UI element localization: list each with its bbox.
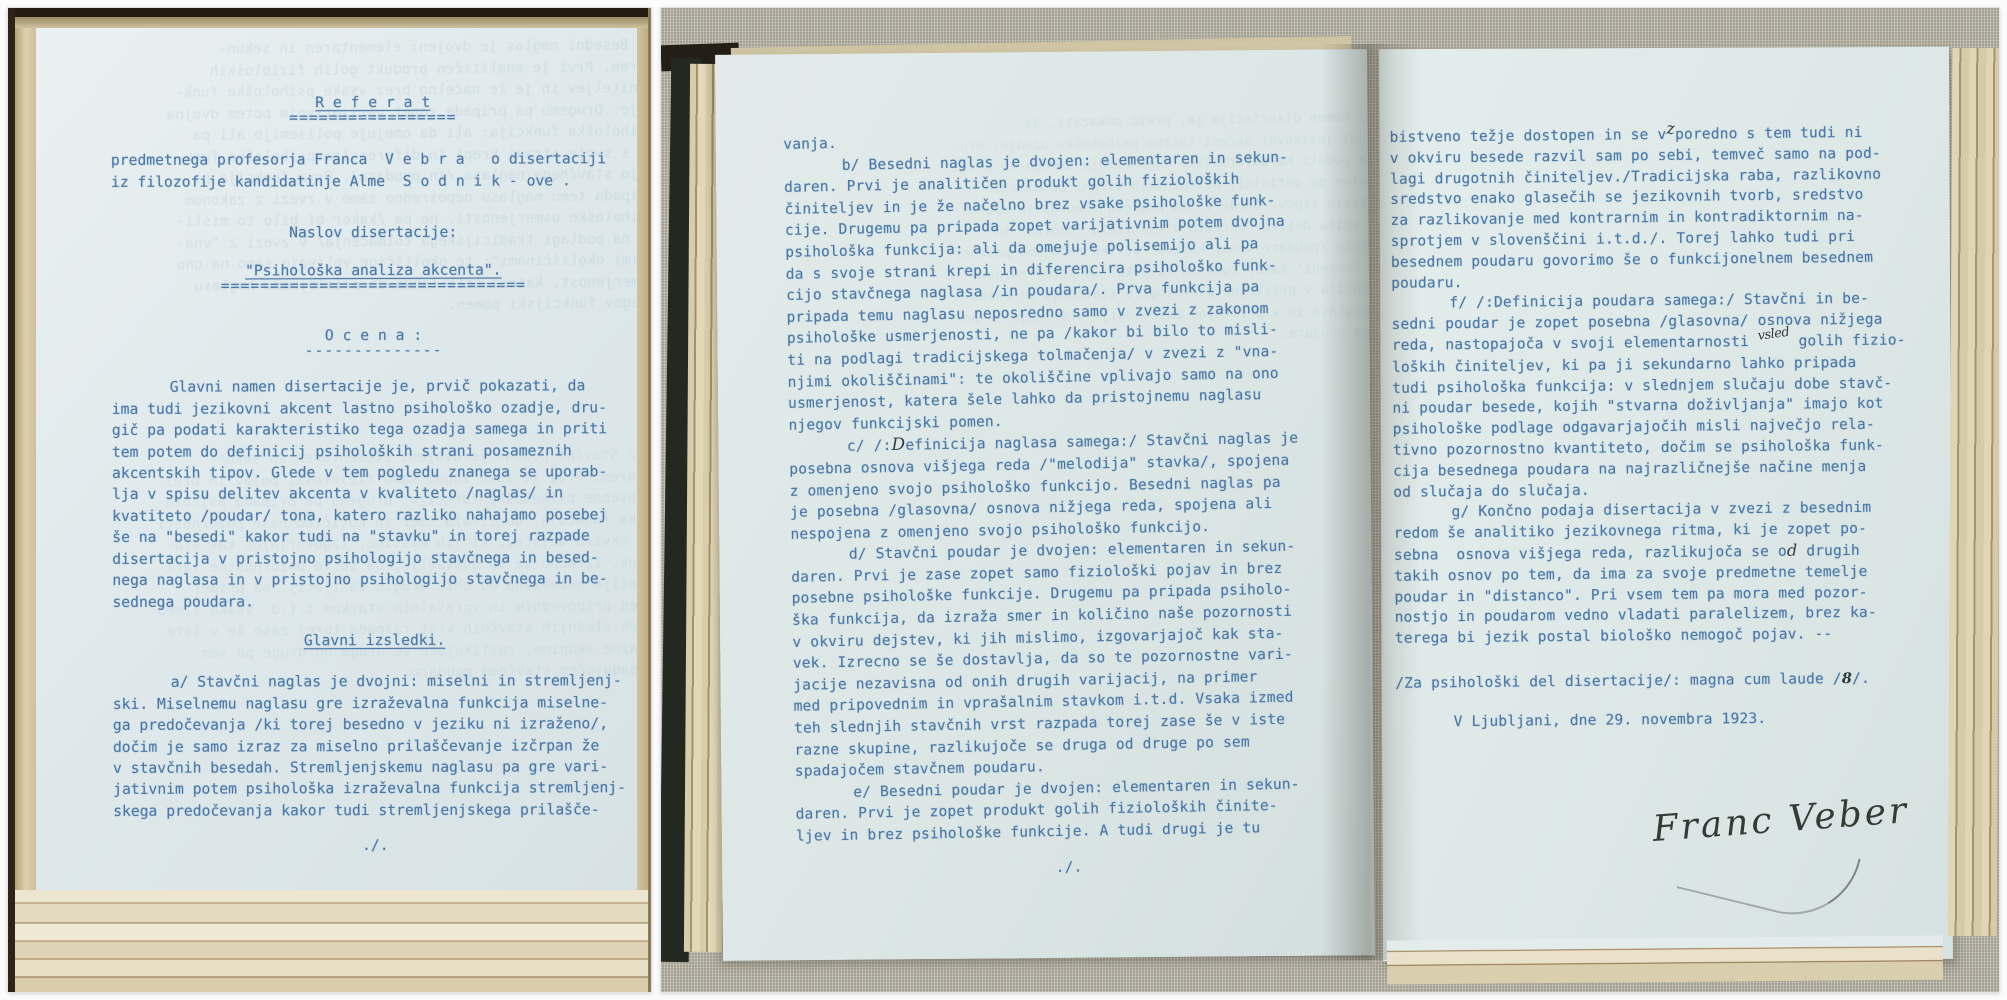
typed-segment: efinicija naglasa samega:/ Stavčni nagla… [905,431,1298,454]
typed-segment: c/ /: [847,438,892,455]
spread-right-page: bistveno težje dostopen in se vzporedno … [1379,47,1953,961]
ocena-underline-row: -------------- [112,346,636,358]
page-text: R e f e r a t ================= predmetn… [111,91,637,857]
typed-segment: golih fizio- [1790,332,1906,349]
paragraph-a: a/ Stavčni naglas je dvojni: miselni in … [113,670,637,822]
dateline: V Ljubljani, dne 29. novembra 1923. [1396,707,1926,733]
verdict-line: /Za psihološki del disertacije/: magna c… [1395,668,1925,694]
text-line: daren. Prvi je analitičen produkt golih … [95,57,637,84]
photo-frame-left [8,8,15,992]
paragraph-f-rest: loških činiteljev, ki pa ji sekundarno l… [1392,352,1923,503]
text-line: še na "besedi" kakor tudi na "stavku" in… [112,525,636,548]
paper-stack-bottom-edges [15,890,651,992]
text-line: v stavčnih besedah. Stremljenjskemu nagl… [113,756,637,779]
typed-segment: drugih [1797,543,1860,560]
text-line: nega naglasa in v pristojno psihologijo … [112,568,636,591]
spread-left-text: vanja. b/ Besedni naglas je dvojen: elem… [783,125,1342,884]
typed-segment: bistveno težje dostopen in se v [1390,127,1667,146]
text-line: gič pa podati karakteristiko tega ozadja… [112,418,636,441]
text-line: predmetnega profesorja Franca V e b r a … [111,148,635,171]
text-line: lja v spisu delitev akcenta v kvaliteto … [112,483,636,506]
paragraph-g-rest: takih osnov po tem, da ima za svoje pred… [1394,561,1925,650]
typed-segment: poredno s tem tudi ni [1675,125,1863,143]
paragraph-ocena: Glavni namen disertacije je, prvič pokaz… [112,376,637,613]
paragraph-continuation: v okviru besede razvil sam po sebi, temv… [1390,143,1921,294]
text-line: iz filozofije kandidatinje Alme S o d n … [111,170,635,193]
text-line: terega bi jezik postal biološko nemogoč … [1395,623,1925,649]
spread-left-page: Glavni namen disertacije je, prvič pokaz… [715,49,1375,961]
izsledki-heading: Glavni izsledki. [113,629,637,652]
handwritten-correction-letter: D [891,435,905,455]
handwritten-corrected-letter: d [1787,541,1798,560]
typed-segment: sebna osnova višjega reda, razlikujoča s… [1394,544,1787,564]
paragraph-e: e/ Besedni poudar je dvojen: elementaren… [795,774,1341,849]
handwritten-grade: 8 [1842,670,1852,687]
page-stack-under-right [1387,936,1943,985]
text-line: ima tudi jezikovni akcent lastno psiholo… [112,397,636,420]
handwritten-inserted-letter: z [1666,119,1675,138]
text-line: tem potem do definicij psiholoških stran… [112,440,636,463]
text-line: a/ Stavčni naglas je dvojni: miselni in … [113,670,637,693]
photo-frame-right [648,8,651,992]
typed-segment: reda, nastopajoča v svoji elementarnosti [1392,334,1758,354]
photo-frame-top [8,8,651,17]
page-continuation-mark: ./. [797,852,1342,884]
dissertation-title-label: Naslov disertacije: [111,221,635,244]
text-line: b/ Besedni naglas je dvojen: elementaren… [95,35,637,62]
paragraph-g-start: g/ Končno podaja disertacija v zvezi z b… [1393,498,1923,545]
text-line: ga predočevanja /ki torej besedno v jezi… [113,713,637,736]
scan-of-typewritten-report: { "colors": { "typewriter_ink": "#4a78a8… [0,0,2007,1000]
text-line: disertacija v pristojno psihologijo stav… [112,547,636,570]
handwritten-inserted-word: vsled [1757,323,1791,348]
text-line: skega predočevanja kakor tudi stremljenj… [113,799,637,822]
signature-franc-veber: Franc Veber [1651,790,1910,850]
paragraph-c: posebna osnova višjega reda /"melodija" … [789,450,1335,546]
typed-segment: /. [1852,671,1870,687]
text-line: kvatiteto /poudar/ tona, katero razliko … [112,504,636,527]
paragraph-b: b/ Besedni naglas je dvojen: elementaren… [784,147,1334,438]
page-continuation-mark: ./. [113,834,637,857]
page-edges-right [1948,48,1999,936]
typewritten-page: b/ Besedni naglas je dvojen: elementaren… [36,28,637,890]
typed-segment: /Za psihološki del disertacije/: magna c… [1395,671,1842,692]
page-stack-under-left [697,954,1401,992]
text-line: sednega poudara. [112,590,636,613]
text-line: dočim je samo izraz za miselno prilaščev… [113,735,637,758]
text-line: jativnim potem psihološka izraževalna fu… [113,777,637,800]
paragraph-d: d/ Stavčni poudar je dvojen: elementaren… [791,536,1340,783]
paragraph-f-start: f/ /:Definicija poudara samega:/ Stavčni… [1391,289,1921,336]
photo-left-sheet: b/ Besedni naglas je dvojen: elementaren… [8,8,651,992]
text-line: ski. Miselnemu naglasu gre izraževalna f… [113,692,637,715]
dissertation-title-underline-row: =============================== [111,280,635,292]
spread-right-text: bistveno težje dostopen in se vzporedno … [1390,121,1926,733]
title-underline-row: ================= [111,112,635,124]
text-line: Glavni namen disertacije je, prvič pokaz… [112,376,636,399]
photo-open-book: Glavni namen disertacije je, prvič pokaz… [661,8,1999,992]
text-line: akcentskih tipov. Glede v tem pogledu zn… [112,461,636,484]
byline: predmetnega profesorja Franca V e b r a … [111,148,635,193]
